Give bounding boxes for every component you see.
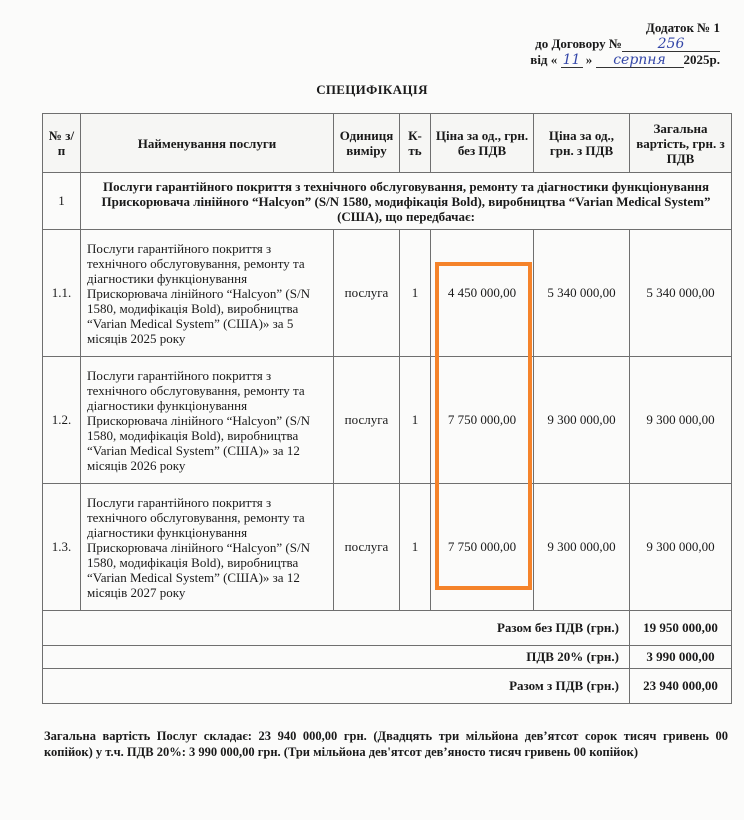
section-description: Послуги гарантійного покриття з технічно…	[81, 173, 732, 230]
date-month-handwritten: серпня	[596, 53, 684, 68]
section-number: 1	[43, 173, 81, 230]
row-unit: послуга	[334, 230, 400, 357]
appendix-label: Додаток № 1	[530, 20, 720, 36]
appendix-header: Додаток № 1 до Договору №256 від « 11 » …	[530, 20, 720, 68]
row-total-vat: 5 340 000,00	[630, 230, 732, 357]
col-header-number: № з/п	[43, 114, 81, 173]
row-qty: 1	[400, 357, 431, 484]
total-row-with-vat: Разом з ПДВ (грн.) 23 940 000,00	[43, 669, 732, 704]
row-qty: 1	[400, 484, 431, 611]
total-value: 19 950 000,00	[630, 611, 732, 646]
col-header-qty: К-ть	[400, 114, 431, 173]
row-price-no-vat: 7 750 000,00	[431, 484, 534, 611]
row-number: 1.1.	[43, 230, 81, 357]
date-prefix: від «	[530, 52, 557, 67]
contract-line: до Договору №256	[530, 36, 720, 52]
row-price-vat: 9 300 000,00	[534, 357, 630, 484]
row-name: Послуги гарантійного покриття з технічно…	[81, 230, 334, 357]
table-row: 1.2. Послуги гарантійного покриття з тех…	[43, 357, 732, 484]
col-header-total-vat: Загальна вартість, грн. з ПДВ	[630, 114, 732, 173]
row-unit: послуга	[334, 484, 400, 611]
specification-table: № з/п Найменування послуги Одиниця вимір…	[42, 113, 732, 704]
contract-number-handwritten: 256	[622, 37, 720, 52]
date-line: від « 11 » серпня2025р.	[530, 52, 720, 68]
summary-paragraph: Загальна вартість Послуг складає: 23 940…	[44, 728, 728, 760]
row-price-no-vat: 4 450 000,00	[431, 230, 534, 357]
contract-prefix: до Договору №	[535, 36, 622, 51]
total-label: Разом без ПДВ (грн.)	[43, 611, 630, 646]
col-header-name: Найменування послуги	[81, 114, 334, 173]
table-header-row: № з/п Найменування послуги Одиниця вимір…	[43, 114, 732, 173]
date-mid: »	[586, 52, 593, 67]
total-value: 23 940 000,00	[630, 669, 732, 704]
date-day-handwritten: 11	[561, 53, 583, 68]
row-price-vat: 9 300 000,00	[534, 484, 630, 611]
total-value: 3 990 000,00	[630, 646, 732, 669]
row-price-no-vat: 7 750 000,00	[431, 357, 534, 484]
row-number: 1.3.	[43, 484, 81, 611]
row-total-vat: 9 300 000,00	[630, 484, 732, 611]
total-row-no-vat: Разом без ПДВ (грн.) 19 950 000,00	[43, 611, 732, 646]
total-label: ПДВ 20% (грн.)	[43, 646, 630, 669]
row-unit: послуга	[334, 357, 400, 484]
section-row: 1 Послуги гарантійного покриття з техніч…	[43, 173, 732, 230]
total-label: Разом з ПДВ (грн.)	[43, 669, 630, 704]
col-header-unit: Одиниця виміру	[334, 114, 400, 173]
col-header-price-vat: Ціна за од., грн. з ПДВ	[534, 114, 630, 173]
table-row: 1.3. Послуги гарантійного покриття з тех…	[43, 484, 732, 611]
row-number: 1.2.	[43, 357, 81, 484]
row-name: Послуги гарантійного покриття з технічно…	[81, 357, 334, 484]
row-price-vat: 5 340 000,00	[534, 230, 630, 357]
row-name: Послуги гарантійного покриття з технічно…	[81, 484, 334, 611]
date-year: 2025р.	[684, 52, 720, 67]
document-title: СПЕЦИФІКАЦІЯ	[0, 82, 744, 98]
row-total-vat: 9 300 000,00	[630, 357, 732, 484]
total-row-vat: ПДВ 20% (грн.) 3 990 000,00	[43, 646, 732, 669]
col-header-price-no-vat: Ціна за од., грн. без ПДВ	[431, 114, 534, 173]
table-row: 1.1. Послуги гарантійного покриття з тех…	[43, 230, 732, 357]
row-qty: 1	[400, 230, 431, 357]
